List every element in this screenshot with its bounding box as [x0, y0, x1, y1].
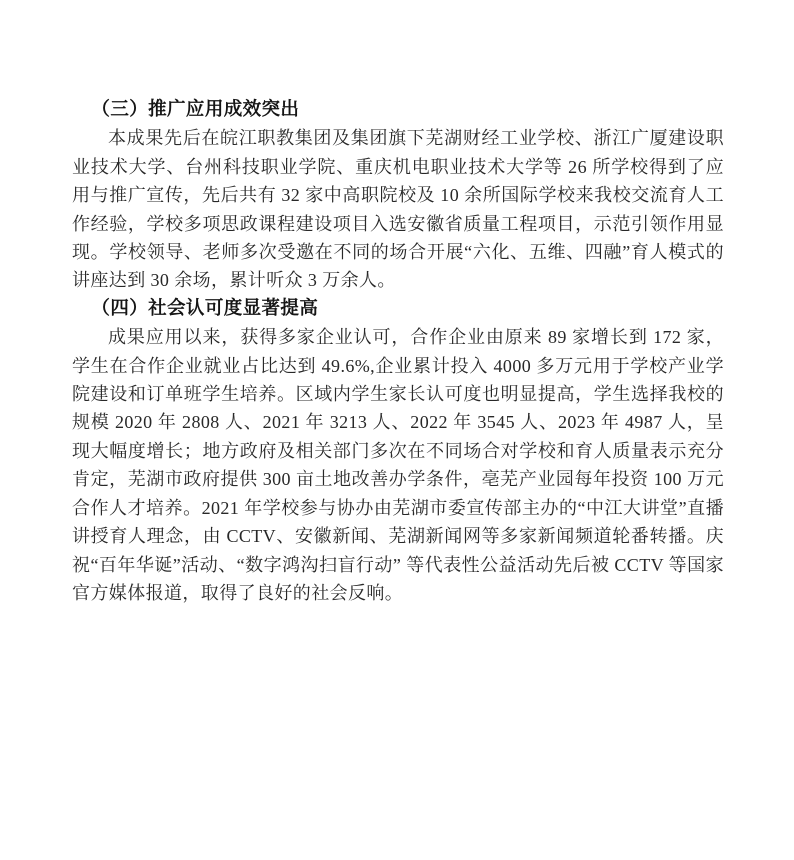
- section-heading-promotion: （三）推广应用成效突出: [72, 96, 724, 124]
- section-paragraph-recognition: 成果应用以来，获得多家企业认可，合作企业由原来 89 家增长到 172 家，学生…: [72, 323, 724, 607]
- section-heading-recognition: （四）社会认可度显著提高: [72, 295, 724, 323]
- section-social-recognition: （四）社会认可度显著提高 成果应用以来，获得多家企业认可，合作企业由原来 89 …: [72, 295, 724, 607]
- section-promotion-results: （三）推广应用成效突出 本成果先后在皖江职教集团及集团旗下芜湖财经工业学校、浙江…: [72, 96, 724, 295]
- document-page: （三）推广应用成效突出 本成果先后在皖江职教集团及集团旗下芜湖财经工业学校、浙江…: [0, 0, 794, 860]
- section-paragraph-promotion: 本成果先后在皖江职教集团及集团旗下芜湖财经工业学校、浙江广厦建设职业技术大学、台…: [72, 124, 724, 294]
